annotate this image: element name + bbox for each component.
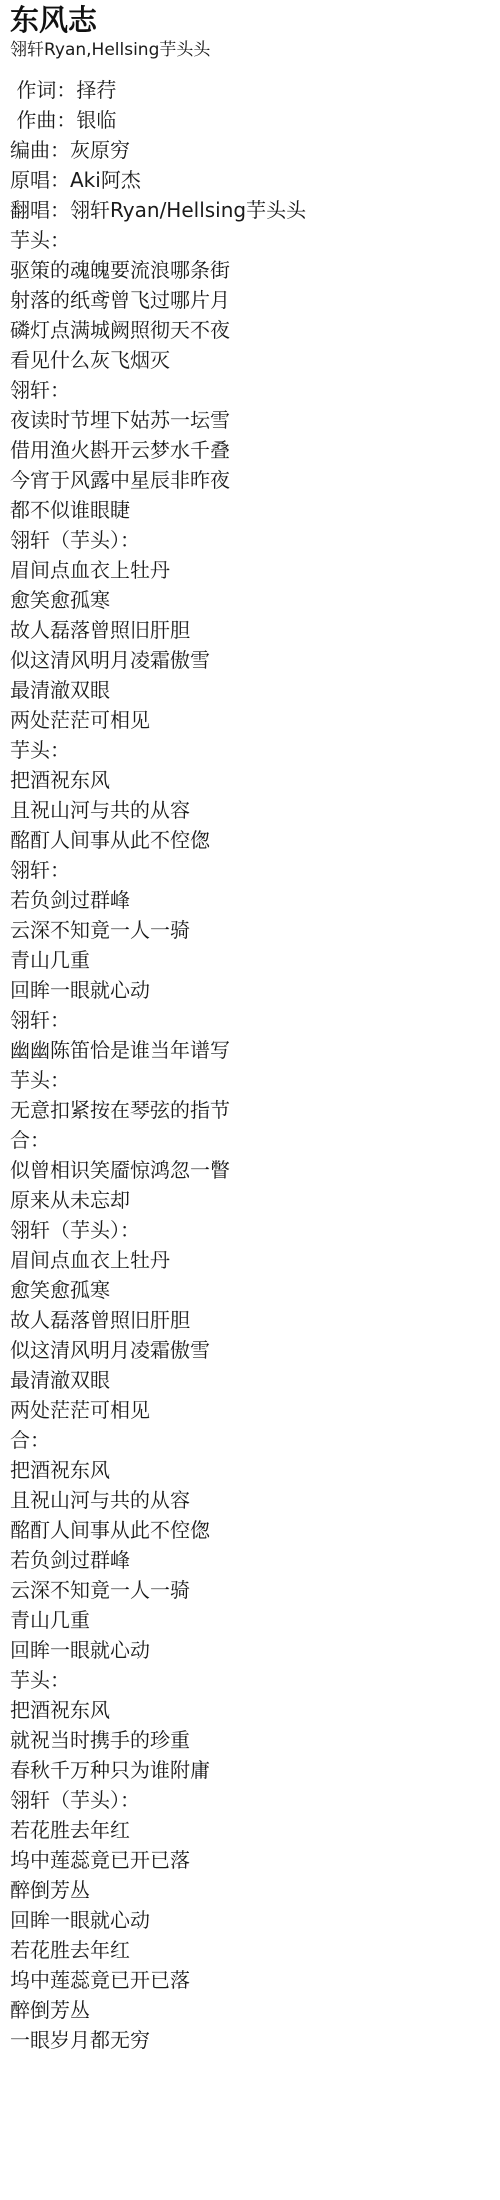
lyric-line: 今宵于风露中星辰非昨夜 bbox=[10, 465, 490, 495]
lyric-line: 无意扣紧按在琴弦的指节 bbox=[10, 1095, 490, 1125]
lyric-line: 合： bbox=[10, 1425, 490, 1455]
lyric-line: 把酒祝东风 bbox=[10, 1695, 490, 1725]
lyric-line: 一眼岁月都无穷 bbox=[10, 2025, 490, 2055]
lyric-line: 原来从未忘却 bbox=[10, 1185, 490, 1215]
lyric-line: 且祝山河与共的从容 bbox=[10, 1485, 490, 1515]
lyric-line: 若花胜去年红 bbox=[10, 1935, 490, 1965]
lyric-line: 春秋千万种只为谁附庸 bbox=[10, 1755, 490, 1785]
lyric-line: 若负剑过群峰 bbox=[10, 885, 490, 915]
lyric-line: 射落的纸鸢曾飞过哪片月 bbox=[10, 285, 490, 315]
lyric-line: 就祝当时携手的珍重 bbox=[10, 1725, 490, 1755]
lyric-line: 幽幽陈笛恰是谁当年谱写 bbox=[10, 1035, 490, 1065]
lyrics-body: 作词：择荇 作曲：银临编曲：灰原穷原唱：Aki阿杰翻唱：翎轩Ryan/Hells… bbox=[10, 75, 490, 2055]
lyric-line: 翎轩（芋头）： bbox=[10, 525, 490, 555]
lyric-line: 回眸一眼就心动 bbox=[10, 975, 490, 1005]
lyric-line: 借用渔火斟开云梦水千叠 bbox=[10, 435, 490, 465]
lyric-line: 眉间点血衣上牡丹 bbox=[10, 555, 490, 585]
lyric-line: 作曲：银临 bbox=[10, 105, 490, 135]
lyric-line: 芋头： bbox=[10, 735, 490, 765]
lyric-line: 最清澈双眼 bbox=[10, 1365, 490, 1395]
lyric-line: 作词：择荇 bbox=[10, 75, 490, 105]
lyric-line: 翎轩（芋头）： bbox=[10, 1785, 490, 1815]
lyric-line: 若负剑过群峰 bbox=[10, 1545, 490, 1575]
lyric-line: 芋头： bbox=[10, 225, 490, 255]
lyric-line: 夜读时节埋下姑苏一坛雪 bbox=[10, 405, 490, 435]
lyric-line: 驱策的魂魄要流浪哪条街 bbox=[10, 255, 490, 285]
song-title: 东风志 bbox=[10, 2, 490, 38]
lyric-line: 磷灯点满城阙照彻天不夜 bbox=[10, 315, 490, 345]
lyric-line: 回眸一眼就心动 bbox=[10, 1905, 490, 1935]
lyric-line: 云深不知竟一人一骑 bbox=[10, 915, 490, 945]
lyric-line: 青山几重 bbox=[10, 945, 490, 975]
lyric-line: 最清澈双眼 bbox=[10, 675, 490, 705]
lyric-line: 似这清风明月凌霜傲雪 bbox=[10, 1335, 490, 1365]
lyric-line: 故人磊落曾照旧肝胆 bbox=[10, 615, 490, 645]
lyric-line: 把酒祝东风 bbox=[10, 1455, 490, 1485]
lyric-line: 醉倒芳丛 bbox=[10, 1875, 490, 1905]
lyric-line: 编曲：灰原穷 bbox=[10, 135, 490, 165]
lyric-line: 两处茫茫可相见 bbox=[10, 1395, 490, 1425]
lyric-line: 看见什么灰飞烟灭 bbox=[10, 345, 490, 375]
lyric-line: 愈笑愈孤寒 bbox=[10, 1275, 490, 1305]
lyric-line: 坞中莲蕊竟已开已落 bbox=[10, 1965, 490, 1995]
lyric-line: 都不似谁眼睫 bbox=[10, 495, 490, 525]
lyric-line: 原唱：Aki阿杰 bbox=[10, 165, 490, 195]
lyric-line: 合： bbox=[10, 1125, 490, 1155]
lyric-line: 翎轩： bbox=[10, 855, 490, 885]
lyric-line: 回眸一眼就心动 bbox=[10, 1635, 490, 1665]
lyric-line: 愈笑愈孤寒 bbox=[10, 585, 490, 615]
lyric-line: 把酒祝东风 bbox=[10, 765, 490, 795]
lyric-line: 故人磊落曾照旧肝胆 bbox=[10, 1305, 490, 1335]
lyric-line: 翻唱：翎轩Ryan/Hellsing芋头头 bbox=[10, 195, 490, 225]
lyric-line: 两处茫茫可相见 bbox=[10, 705, 490, 735]
song-artists: 翎轩Ryan,Hellsing芋头头 bbox=[10, 38, 490, 62]
lyric-line: 芋头： bbox=[10, 1665, 490, 1695]
lyric-line: 酩酊人间事从此不倥偬 bbox=[10, 1515, 490, 1545]
lyric-line: 青山几重 bbox=[10, 1605, 490, 1635]
lyric-line: 若花胜去年红 bbox=[10, 1815, 490, 1845]
lyric-line: 坞中莲蕊竟已开已落 bbox=[10, 1845, 490, 1875]
lyric-line: 似这清风明月凌霜傲雪 bbox=[10, 645, 490, 675]
lyric-line: 眉间点血衣上牡丹 bbox=[10, 1245, 490, 1275]
lyric-line: 芋头： bbox=[10, 1065, 490, 1095]
lyric-line: 醉倒芳丛 bbox=[10, 1995, 490, 2025]
lyric-line: 且祝山河与共的从容 bbox=[10, 795, 490, 825]
lyric-line: 云深不知竟一人一骑 bbox=[10, 1575, 490, 1605]
lyric-line: 翎轩（芋头）： bbox=[10, 1215, 490, 1245]
lyric-line: 酩酊人间事从此不倥偬 bbox=[10, 825, 490, 855]
lyric-line: 翎轩： bbox=[10, 1005, 490, 1035]
lyric-line: 似曾相识笑靥惊鸿忽一瞥 bbox=[10, 1155, 490, 1185]
lyric-line: 翎轩： bbox=[10, 375, 490, 405]
lyrics-page: 东风志 翎轩Ryan,Hellsing芋头头 作词：择荇 作曲：银临编曲：灰原穷… bbox=[0, 0, 500, 2055]
